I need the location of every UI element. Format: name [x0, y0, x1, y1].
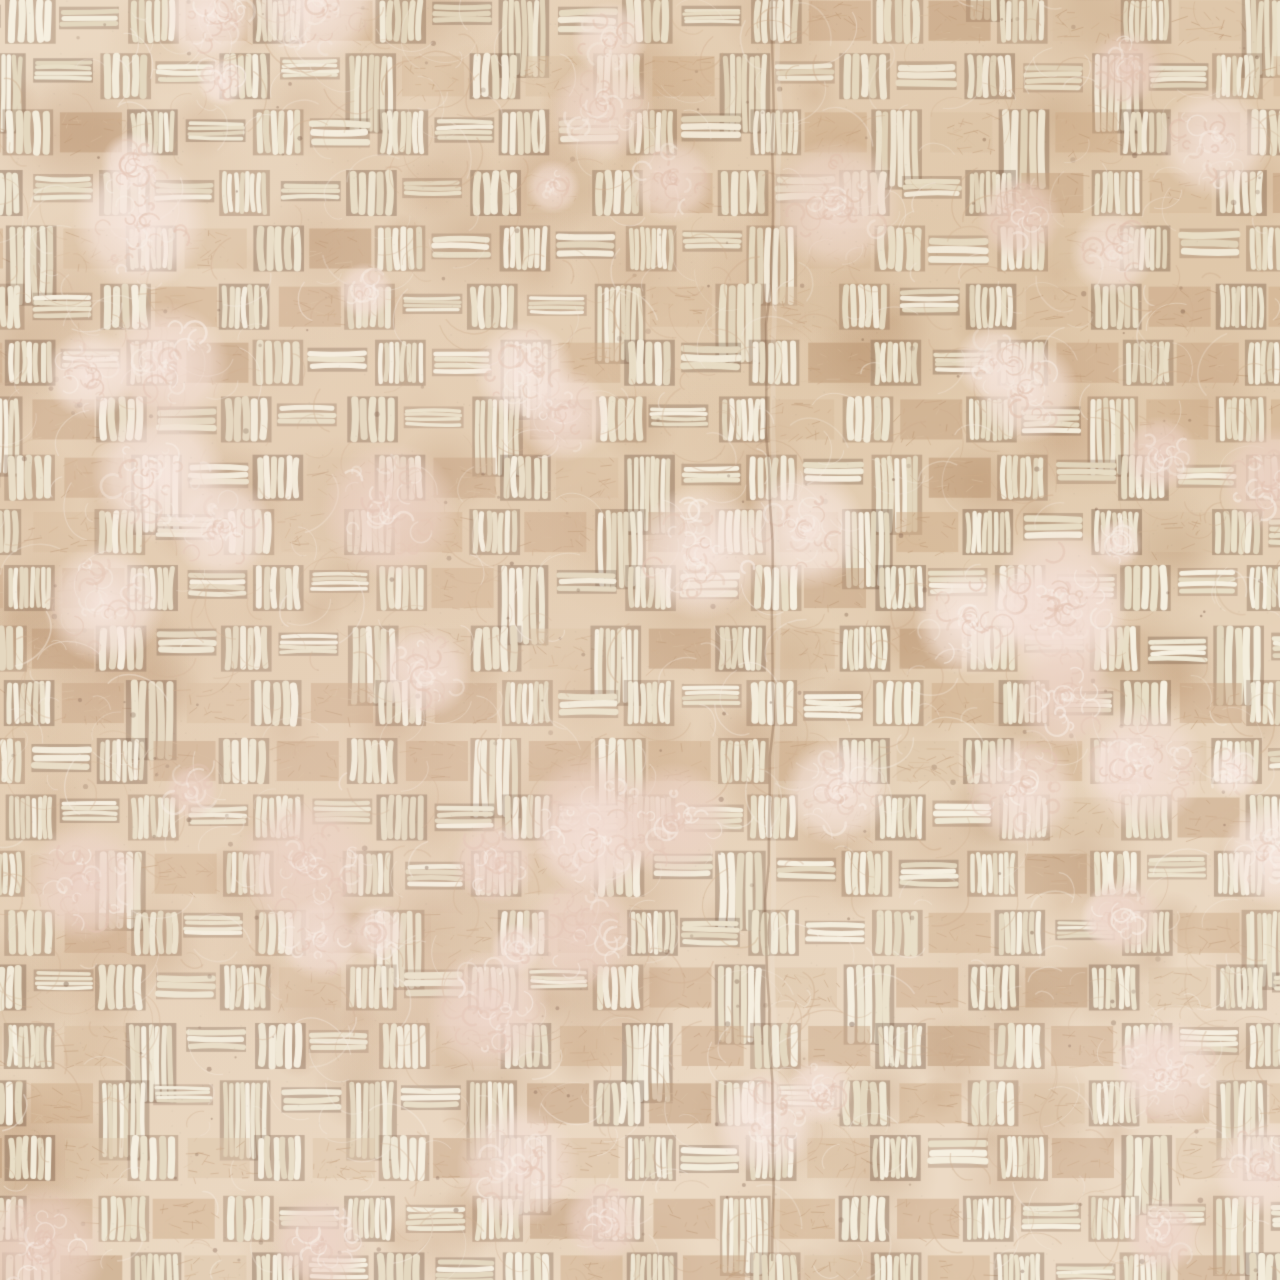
boucle-tweed-fabric-image: [0, 0, 1280, 1280]
fabric-texture-photo: Beige, cream and pale pink boucle tweed …: [0, 0, 1280, 1280]
